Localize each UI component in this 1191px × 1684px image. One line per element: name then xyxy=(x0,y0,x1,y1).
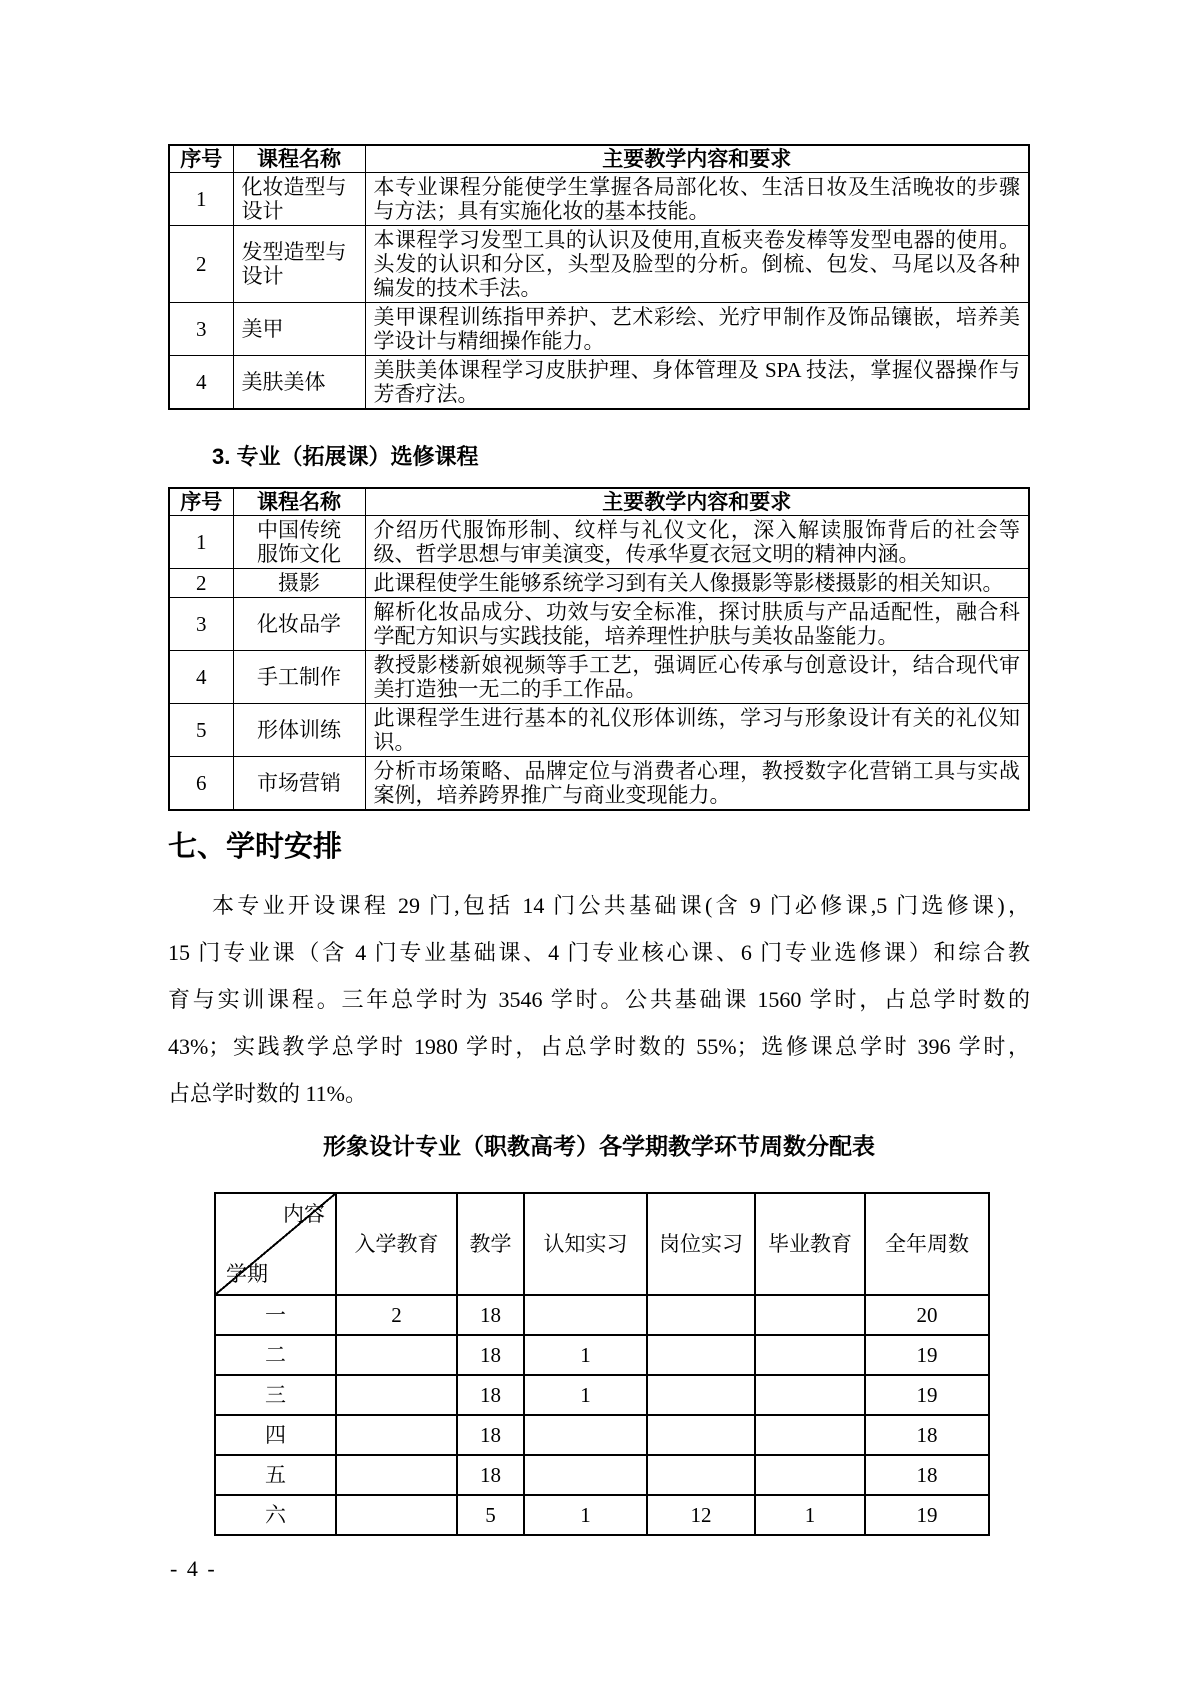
weeks-table-title: 形象设计专业（职教高考）各学期教学环节周数分配表 xyxy=(168,1128,1030,1161)
weeks-value xyxy=(647,1295,755,1335)
weeks-table-row: 一 2 18 20 xyxy=(215,1295,989,1335)
course-desc: 美肤美体课程学习皮肤护理、身体管理及 SPA 技法，掌握仪器操作与芳香疗法。 xyxy=(365,356,1029,410)
term-label: 四 xyxy=(215,1415,336,1455)
course-seq: 5 xyxy=(169,704,233,757)
weeks-value xyxy=(336,1375,457,1415)
column-header-seq: 序号 xyxy=(169,488,233,516)
weeks-table-row: 六 5 1 12 1 19 xyxy=(215,1495,989,1535)
elective-section-heading: 3. 专业（拓展课）选修课程 xyxy=(212,440,478,471)
weeks-value: 1 xyxy=(524,1335,647,1375)
weeks-table-row: 三 18 1 19 xyxy=(215,1375,989,1415)
course-name: 美甲 xyxy=(233,303,365,356)
weeks-value xyxy=(755,1455,865,1495)
table-row: 1 中国传统 服饰文化 介绍历代服饰形制、纹样与礼仪文化，深入解读服饰背后的社会… xyxy=(169,516,1029,569)
course-name: 摄影 xyxy=(233,569,365,598)
weeks-value: 1 xyxy=(755,1495,865,1535)
course-seq: 6 xyxy=(169,757,233,811)
weeks-table-row: 二 18 1 19 xyxy=(215,1335,989,1375)
weeks-value: 1 xyxy=(524,1495,647,1535)
column-header-teaching: 教学 xyxy=(457,1193,524,1295)
column-header-enrollment-education: 入学教育 xyxy=(336,1193,457,1295)
weeks-table-header-row: 内容 学期 入学教育 教学 认知实习 岗位实习 毕业教育 全年周数 xyxy=(215,1193,989,1295)
page-number: - 4 - xyxy=(170,1556,217,1582)
weeks-value: 19 xyxy=(865,1375,989,1415)
table-row: 6 市场营销 分析市场策略、品牌定位与消费者心理，教授数字化营销工具与实战案例，… xyxy=(169,757,1029,811)
column-header-graduation-education: 毕业教育 xyxy=(755,1193,865,1295)
weeks-table-row: 五 18 18 xyxy=(215,1455,989,1495)
course-name: 手工制作 xyxy=(233,651,365,704)
course-desc: 此课程使学生能够系统学习到有关人像摄影等影楼摄影的相关知识。 xyxy=(365,569,1029,598)
weeks-value xyxy=(647,1335,755,1375)
table-row: 2 发型造型与 设计 本课程学习发型工具的认识及使用,直板夹卷发棒等发型电器的使… xyxy=(169,226,1029,303)
weeks-value xyxy=(647,1455,755,1495)
course-desc: 此课程学生进行基本的礼仪形体训练，学习与形象设计有关的礼仪知识。 xyxy=(365,704,1029,757)
course-seq: 4 xyxy=(169,651,233,704)
course-seq: 1 xyxy=(169,173,233,226)
column-header-course-name: 课程名称 xyxy=(233,488,365,516)
course-seq: 2 xyxy=(169,226,233,303)
column-header-total-weeks: 全年周数 xyxy=(865,1193,989,1295)
term-label: 一 xyxy=(215,1295,336,1335)
course-name: 形体训练 xyxy=(233,704,365,757)
weeks-value: 2 xyxy=(336,1295,457,1335)
weeks-value: 19 xyxy=(865,1495,989,1535)
weeks-value xyxy=(755,1295,865,1335)
weeks-value: 12 xyxy=(647,1495,755,1535)
weeks-value xyxy=(755,1415,865,1455)
paragraph-line: 育与实训课程。三年总学时为 3546 学时。公共基础课 1560 学时，占总学时… xyxy=(168,976,1030,1023)
column-header-content: 主要教学内容和要求 xyxy=(365,488,1029,516)
course-desc: 分析市场策略、品牌定位与消费者心理，教授数字化营销工具与实战案例，培养跨界推广与… xyxy=(365,757,1029,811)
course-seq: 3 xyxy=(169,303,233,356)
weeks-value xyxy=(336,1415,457,1455)
weeks-value: 18 xyxy=(865,1415,989,1455)
table-row: 1 化妆造型与 设计 本专业课程分能使学生掌握各局部化妆、生活日妆及生活晚妆的步… xyxy=(169,173,1029,226)
weeks-value xyxy=(755,1335,865,1375)
column-header-content: 主要教学内容和要求 xyxy=(365,145,1029,173)
course-name: 市场营销 xyxy=(233,757,365,811)
column-header-cognition-practice: 认知实习 xyxy=(524,1193,647,1295)
term-label: 五 xyxy=(215,1455,336,1495)
weeks-value: 19 xyxy=(865,1335,989,1375)
weeks-table-row: 四 18 18 xyxy=(215,1415,989,1455)
course-name: 发型造型与 设计 xyxy=(233,226,365,303)
weeks-value xyxy=(647,1375,755,1415)
weeks-value: 18 xyxy=(457,1415,524,1455)
course-name: 化妆品学 xyxy=(233,598,365,651)
weeks-value: 18 xyxy=(457,1295,524,1335)
course-desc: 本课程学习发型工具的认识及使用,直板夹卷发棒等发型电器的使用。头发的认识和分区，… xyxy=(365,226,1029,303)
core-courses-table: 序号 课程名称 主要教学内容和要求 1 化妆造型与 设计 本专业课程分能使学生掌… xyxy=(168,144,1030,410)
weeks-value: 20 xyxy=(865,1295,989,1335)
weeks-value xyxy=(524,1415,647,1455)
table-row: 4 手工制作 教授影楼新娘视频等手工艺，强调匠心传承与创意设计，结合现代审美打造… xyxy=(169,651,1029,704)
elective-courses-table: 序号 课程名称 主要教学内容和要求 1 中国传统 服饰文化 介绍历代服饰形制、纹… xyxy=(168,487,1030,811)
column-header-course-name: 课程名称 xyxy=(233,145,365,173)
hours-paragraph: 本专业开设课程 29 门,包括 14 门公共基础课(含 9 门必修课,5 门选修… xyxy=(168,882,1030,1117)
table-row: 3 美甲 美甲课程训练指甲养护、艺术彩绘、光疗甲制作及饰品镶嵌，培养美学设计与精… xyxy=(169,303,1029,356)
column-header-post-practice: 岗位实习 xyxy=(647,1193,755,1295)
course-desc: 介绍历代服饰形制、纹样与礼仪文化，深入解读服饰背后的社会等级、哲学思想与审美演变… xyxy=(365,516,1029,569)
weeks-value xyxy=(336,1335,457,1375)
weeks-value xyxy=(524,1455,647,1495)
paragraph-line: 占总学时数的 11%。 xyxy=(168,1070,1030,1117)
course-seq: 2 xyxy=(169,569,233,598)
table-header-row: 序号 课程名称 主要教学内容和要求 xyxy=(169,145,1029,173)
course-desc: 美甲课程训练指甲养护、艺术彩绘、光疗甲制作及饰品镶嵌，培养美学设计与精细操作能力… xyxy=(365,303,1029,356)
weeks-value: 18 xyxy=(865,1455,989,1495)
document-page: { "core_table": { "headers": ["序号", "课程名… xyxy=(0,0,1191,1684)
term-label: 二 xyxy=(215,1335,336,1375)
table-row: 3 化妆品学 解析化妆品成分、功效与安全标准，探讨肤质与产品适配性，融合科学配方… xyxy=(169,598,1029,651)
course-name: 化妆造型与 设计 xyxy=(233,173,365,226)
course-name: 中国传统 服饰文化 xyxy=(233,516,365,569)
weeks-value xyxy=(336,1495,457,1535)
weeks-allocation-table: 内容 学期 入学教育 教学 认知实习 岗位实习 毕业教育 全年周数 一 2 18… xyxy=(214,1192,990,1536)
table-header-row: 序号 课程名称 主要教学内容和要求 xyxy=(169,488,1029,516)
course-seq: 1 xyxy=(169,516,233,569)
weeks-value: 18 xyxy=(457,1375,524,1415)
weeks-value: 18 xyxy=(457,1455,524,1495)
course-desc: 解析化妆品成分、功效与安全标准，探讨肤质与产品适配性，融合科学配方知识与实践技能… xyxy=(365,598,1029,651)
course-seq: 4 xyxy=(169,356,233,410)
column-header-seq: 序号 xyxy=(169,145,233,173)
table-row: 5 形体训练 此课程学生进行基本的礼仪形体训练，学习与形象设计有关的礼仪知识。 xyxy=(169,704,1029,757)
corner-label-content: 内容 xyxy=(283,1202,325,1226)
weeks-value: 5 xyxy=(457,1495,524,1535)
course-desc: 教授影楼新娘视频等手工艺，强调匠心传承与创意设计，结合现代审美打造独一无二的手工… xyxy=(365,651,1029,704)
weeks-value: 1 xyxy=(524,1375,647,1415)
weeks-value xyxy=(336,1455,457,1495)
course-desc: 本专业课程分能使学生掌握各局部化妆、生活日妆及生活晚妆的步骤与方法；具有实施化妆… xyxy=(365,173,1029,226)
diagonal-corner-cell: 内容 学期 xyxy=(215,1193,336,1295)
paragraph-line: 本专业开设课程 29 门,包括 14 门公共基础课(含 9 门必修课,5 门选修… xyxy=(168,882,1030,929)
paragraph-line: 43%；实践教学总学时 1980 学时，占总学时数的 55%；选修课总学时 39… xyxy=(168,1023,1030,1070)
weeks-value xyxy=(647,1415,755,1455)
table-row: 2 摄影 此课程使学生能够系统学习到有关人像摄影等影楼摄影的相关知识。 xyxy=(169,569,1029,598)
course-name: 美肤美体 xyxy=(233,356,365,410)
hours-section-heading: 七、学时安排 xyxy=(168,824,342,865)
weeks-value: 18 xyxy=(457,1335,524,1375)
weeks-value xyxy=(524,1295,647,1335)
term-label: 三 xyxy=(215,1375,336,1415)
paragraph-line: 15 门专业课（含 4 门专业基础课、4 门专业核心课、6 门专业选修课）和综合… xyxy=(168,929,1030,976)
weeks-value xyxy=(755,1375,865,1415)
corner-label-term: 学期 xyxy=(226,1262,268,1286)
table-row: 4 美肤美体 美肤美体课程学习皮肤护理、身体管理及 SPA 技法，掌握仪器操作与… xyxy=(169,356,1029,410)
course-seq: 3 xyxy=(169,598,233,651)
term-label: 六 xyxy=(215,1495,336,1535)
